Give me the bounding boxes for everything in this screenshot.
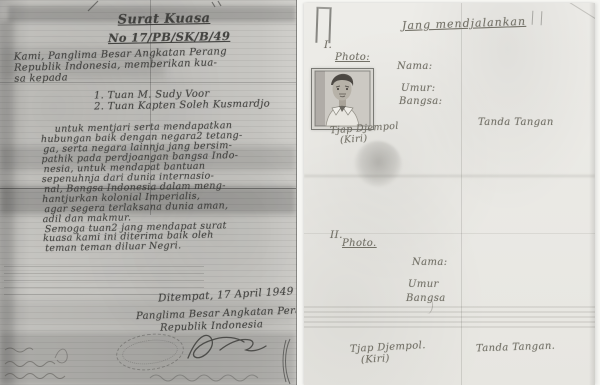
- letter-body: untuk mentjari serta mendapatkan hubunga…: [43, 121, 247, 255]
- section-1-photo-label: Photo:: [335, 52, 370, 63]
- section-2-photo-label: Photo.: [342, 238, 377, 249]
- section-1-age-field-label: Umur:: [401, 83, 436, 94]
- scan-streak-band: [304, 306, 595, 330]
- letter-intro: Kami, Panglima Besar Angkatan Perang Rep…: [14, 46, 228, 85]
- page-edge-shading: [589, 3, 595, 385]
- scanned-documents-photocopy: Surat Kuasa No 17/PB/SK/B/49 Kami, Pangl…: [0, 0, 600, 385]
- form-header: Jang mendjalankan: [402, 15, 526, 32]
- section-2-numeral: II.: [330, 229, 343, 241]
- recipient-line: 2. Tuan Kapten Soleh Kusmardjo: [94, 99, 270, 113]
- horizontal-crease: [304, 175, 595, 177]
- recipient-list: 1. Tuan M. Sudy Voor 2. Tuan Kapten Sole…: [94, 88, 270, 113]
- official-stamp-inner-ring: [121, 337, 180, 368]
- page-edge-shading: [0, 20, 14, 385]
- section-2-name-field-label: Nama:: [412, 257, 448, 268]
- ink-bracket-mark: [315, 7, 331, 44]
- section-1-numeral: I.: [324, 39, 332, 51]
- section-2-age-field-label: Umur: [408, 279, 439, 290]
- section-1-nationality-field-label: Bangsa:: [399, 96, 442, 107]
- faint-handwriting-line: [148, 368, 278, 384]
- letter-number: No 17/PB/SK/B/49: [108, 29, 230, 45]
- left-document-page: Surat Kuasa No 17/PB/SK/B/49 Kami, Pangl…: [0, 0, 297, 385]
- horizontal-crease: [304, 233, 595, 234]
- pen-stroke-mark: [280, 338, 294, 385]
- faint-pencil-notes: [3, 340, 93, 384]
- portrait-photo-image: [312, 69, 373, 129]
- section-2-thumbprint-label-kiri: (Kiri): [361, 353, 390, 365]
- pencil-tick-marks: [532, 11, 543, 26]
- right-document-page: Jang mendjalankan I. Photo:: [304, 3, 595, 385]
- portrait-photo: [311, 68, 374, 130]
- section-1-name-field-label: Nama:: [397, 61, 433, 72]
- section-2-signature-label: Tanda Tangan.: [476, 341, 556, 355]
- signature: [182, 328, 272, 370]
- section-1-signature-label: Tanda Tangan: [478, 117, 554, 128]
